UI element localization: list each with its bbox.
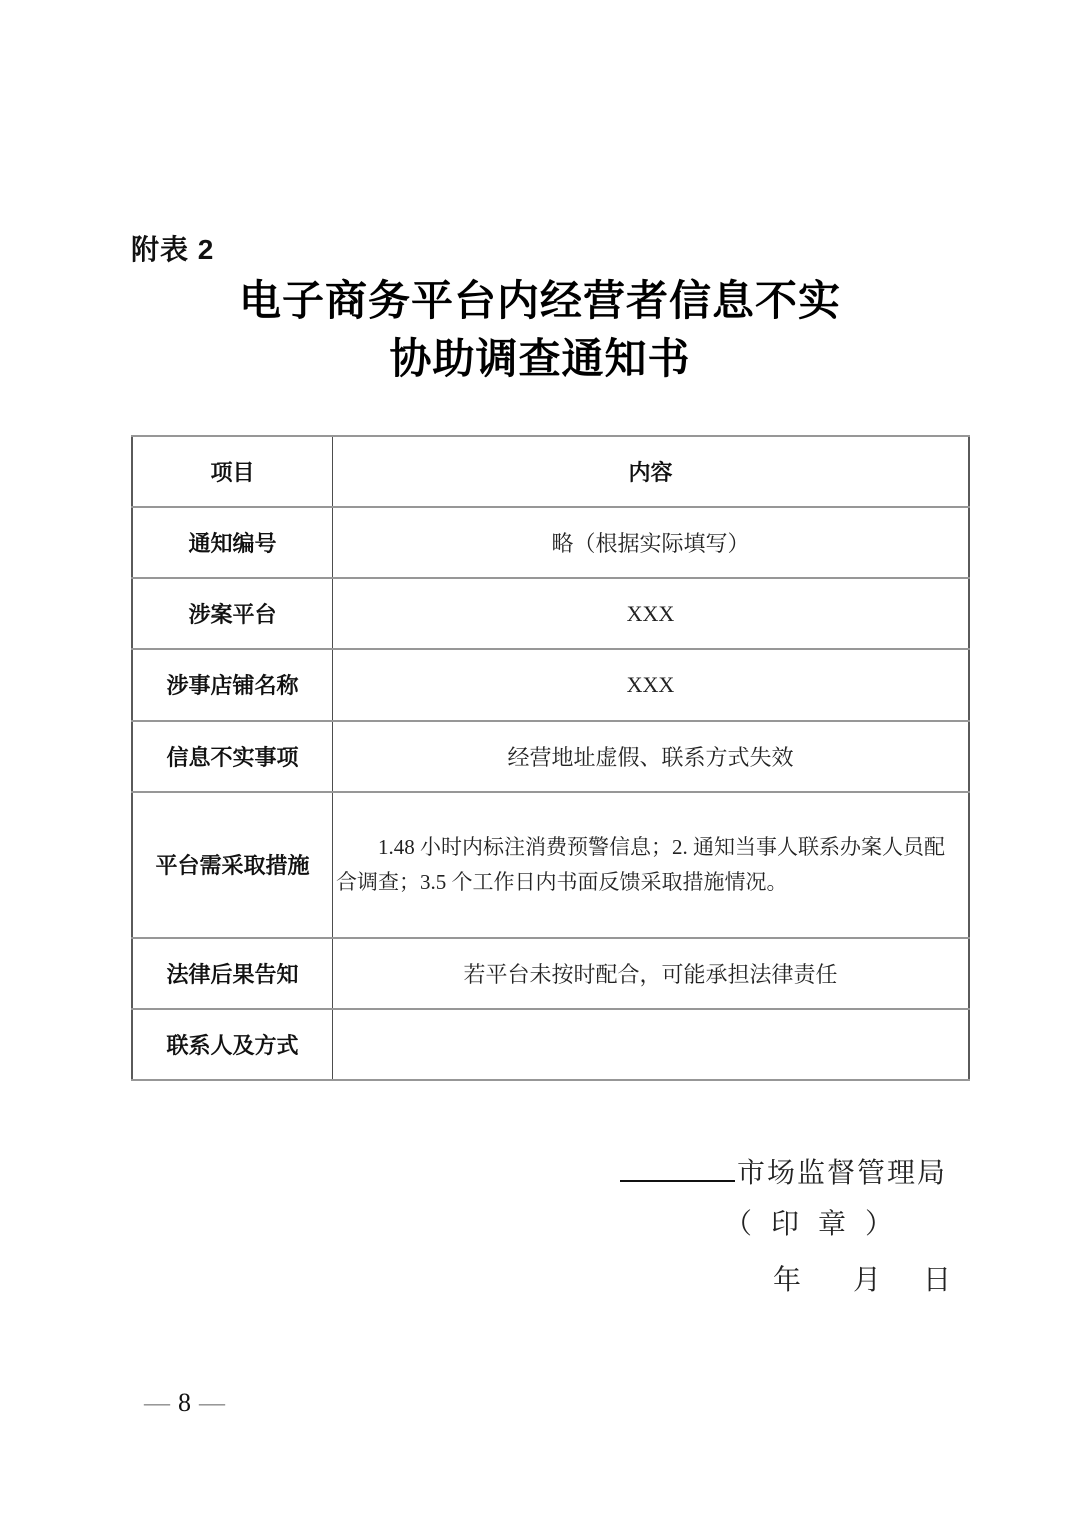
table-row: 涉案平台 XXX [132,578,969,649]
page-number-dash-right: — [191,1388,233,1417]
row-label-measures: 平台需采取措施 [132,792,333,938]
header-content: 内容 [333,436,970,507]
row-value-false-info: 经营地址虚假、联系方式失效 [333,721,970,792]
date-year-label: 年 [773,1258,801,1298]
document-page: 附表 2 电子商务平台内经营者信息不实 协助调查通知书 项目 内容 通知编号 略… [0,0,1080,1527]
document-title-line2: 协助调查通知书 [0,330,1080,388]
document-title-line1: 电子商务平台内经营者信息不实 [0,272,1080,330]
row-label-platform: 涉案平台 [132,578,333,649]
agency-blank-line [620,1150,735,1182]
header-item: 项目 [132,436,333,507]
table-row: 涉事店铺名称 XXX [132,649,969,720]
row-value-measures: 1.48 小时内标注消费预警信息；2. 通知当事人联系办案人员配合调查；3.5 … [333,792,970,938]
page-number-dash-left: — [136,1388,178,1417]
row-value-notice-number: 略（根据实际填写） [333,507,970,578]
date-month-label: 月 [853,1258,881,1298]
row-label-contact: 联系人及方式 [132,1009,333,1080]
row-label-false-info: 信息不实事项 [132,721,333,792]
table-row: 通知编号 略（根据实际填写） [132,507,969,578]
page-number: —8— [136,1388,233,1418]
table-header-row: 项目 内容 [132,436,969,507]
signature-agency-line: 市场监督管理局 [620,1150,947,1195]
table-row: 联系人及方式 [132,1009,969,1080]
document-title: 电子商务平台内经营者信息不实 协助调查通知书 [0,272,1080,388]
row-value-platform: XXX [333,578,970,649]
seal-placeholder: （ 印 章 ） [724,1202,899,1242]
row-label-notice-number: 通知编号 [132,507,333,578]
notice-table: 项目 内容 通知编号 略（根据实际填写） 涉案平台 XXX 涉事店铺名称 XXX… [131,435,970,1081]
agency-name: 市场监督管理局 [737,1158,947,1189]
page-number-value: 8 [178,1388,191,1417]
row-value-shop-name: XXX [333,649,970,720]
attachment-label: 附表 2 [131,228,214,268]
table-row: 信息不实事项 经营地址虚假、联系方式失效 [132,721,969,792]
row-label-legal-consequence: 法律后果告知 [132,938,333,1009]
row-value-legal-consequence: 若平台未按时配合，可能承担法律责任 [333,938,970,1009]
row-label-shop-name: 涉事店铺名称 [132,649,333,720]
row-value-contact [333,1009,970,1080]
table-row: 法律后果告知 若平台未按时配合，可能承担法律责任 [132,938,969,1009]
table-row: 平台需采取措施 1.48 小时内标注消费预警信息；2. 通知当事人联系办案人员配… [132,792,969,938]
date-day-label: 日 [923,1258,951,1298]
